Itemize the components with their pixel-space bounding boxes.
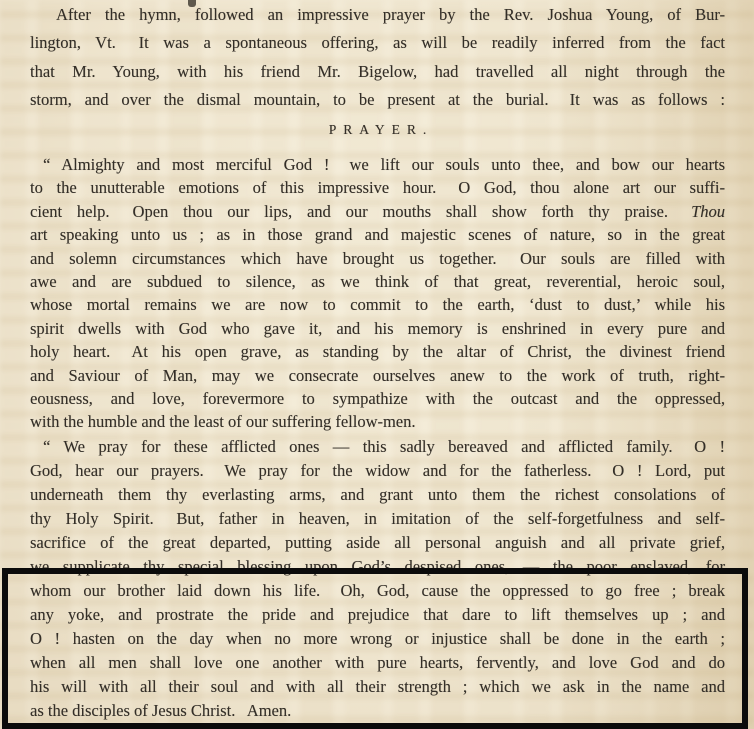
scanned-book-page: After the hymn, followed an impressive p… <box>0 0 754 729</box>
text-line: sacrifice of the great departed, putting… <box>30 531 725 555</box>
text-line: underneath them thy everlasting arms, an… <box>30 483 725 507</box>
text-line: with the humble and the least of our suf… <box>30 410 725 433</box>
text-line: and Saviour of Man, may we consecrate ou… <box>30 364 725 387</box>
paragraph-prayer-1: “ Almighty and most merciful God ! we li… <box>30 153 725 434</box>
paragraph-intro: After the hymn, followed an impressive p… <box>30 1 725 115</box>
text-line: holy heart. At his open grave, as standi… <box>30 340 725 363</box>
text-line: storm, and over the dismal mountain, to … <box>30 86 725 114</box>
text-line: to the unutterable emotions of this impr… <box>30 176 725 199</box>
text-line: “ Almighty and most merciful God ! we li… <box>30 153 725 176</box>
text-line: cient help. Open thou our lips, and our … <box>30 200 725 223</box>
text-line: that Mr. Young, with his friend Mr. Bige… <box>30 58 725 86</box>
highlight-annotation-box <box>2 568 748 729</box>
text-line: awe and are subdued to silence, as we th… <box>30 270 725 293</box>
text-run: cient help. Open thou our lips, and our … <box>30 202 676 221</box>
text-line: spirit dwells with God who gave it, and … <box>30 317 725 340</box>
text-line: God, hear our prayers. We pray for the w… <box>30 459 725 483</box>
text-line: After the hymn, followed an impressive p… <box>30 1 725 29</box>
text-line: lington, Vt. It was a spontaneous offeri… <box>30 29 725 57</box>
text-line: art speaking unto us ; as in those grand… <box>30 223 725 246</box>
text-line: and solemn circumstances which have brou… <box>30 247 725 270</box>
text-line: thy Holy Spirit. But, father in heaven, … <box>30 507 725 531</box>
text-line: “ We pray for these afflicted ones — thi… <box>30 435 725 459</box>
italic-text-run: Thou <box>691 202 725 221</box>
section-heading-prayer: PRAYER. <box>30 118 725 141</box>
text-line: whose mortal remains we are now to commi… <box>30 293 725 316</box>
text-line: eousness, and love, forevermore to sympa… <box>30 387 725 410</box>
